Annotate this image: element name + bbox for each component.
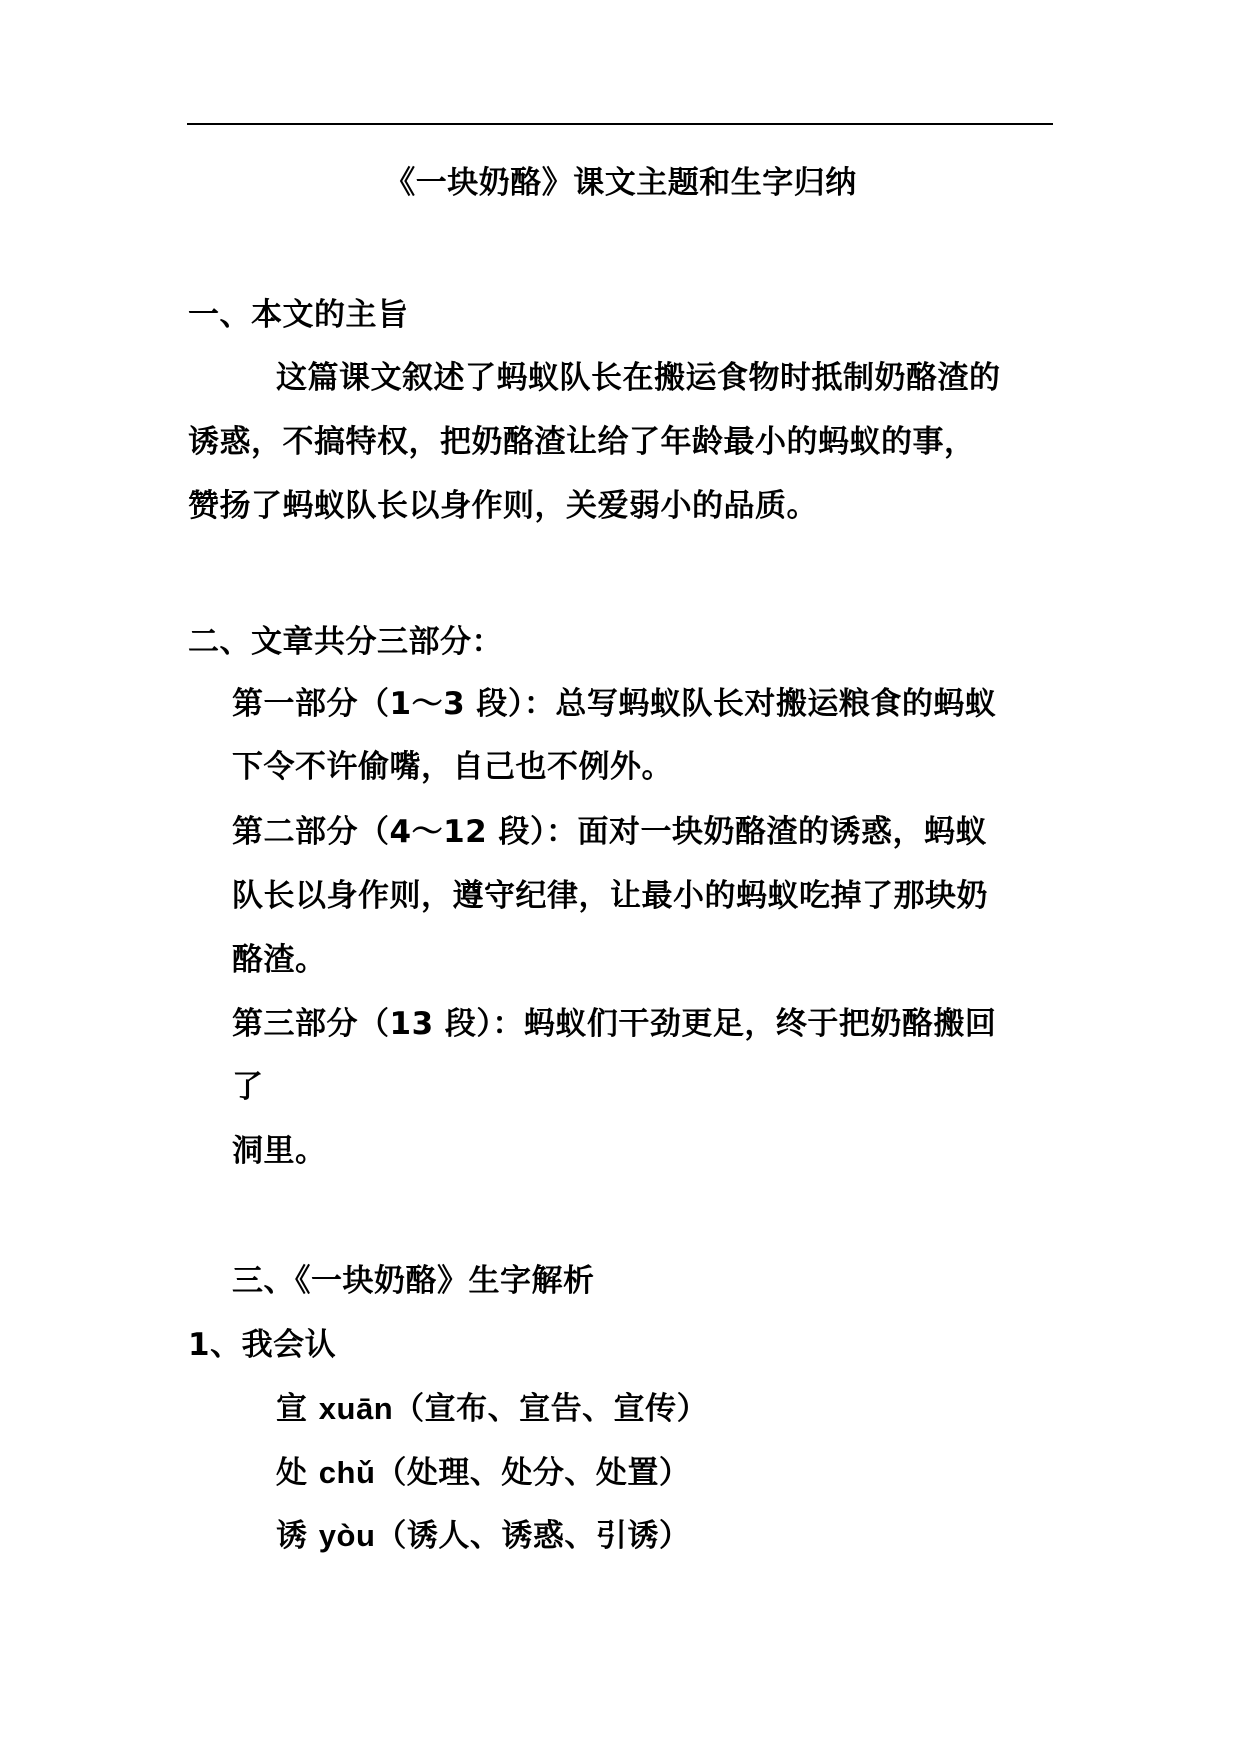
character-entry: 宣 xuān（宣布、宣告、宣传） [276, 1389, 708, 1429]
document-page: 《一块奶酪》课文主题和生字归纳 一、本文的主旨 这篇课文叙述了蚂蚁队长在搬运食物… [0, 0, 1241, 1754]
example-words: （宣布、宣告、宣传） [393, 1391, 708, 1427]
pinyin: chǔ [319, 1455, 376, 1490]
character-entry: 处 chǔ（处理、处分、处置） [276, 1453, 690, 1493]
header-rule [187, 123, 1053, 125]
part-2-line: 酪渣。 [232, 940, 327, 980]
pinyin: yòu [319, 1518, 376, 1553]
part-2-line: 第二部分（4～12 段）：面对一块奶酪渣的诱惑，蚂蚁 [232, 812, 987, 852]
section-heading-3: 三、《一块奶酪》生字解析 [232, 1261, 595, 1301]
character: 诱 [276, 1518, 308, 1554]
part-3-line: 第三部分（13 段）：蚂蚁们干劲更足，终于把奶酪搬回 [232, 1004, 996, 1044]
character: 处 [276, 1455, 308, 1491]
example-words: （处理、处分、处置） [375, 1455, 690, 1491]
character-entry: 诱 yòu（诱人、诱惑、引诱） [276, 1516, 690, 1556]
section-heading-2: 二、文章共分三部分： [188, 622, 503, 662]
section-heading-1: 一、本文的主旨 [188, 295, 409, 335]
part-1-line: 第一部分（1～3 段）：总写蚂蚁队长对搬运粮食的蚂蚁 [232, 684, 996, 724]
paragraph-line: 诱惑，不搞特权，把奶酪渣让给了年龄最小的蚂蚁的事， [188, 422, 976, 462]
character: 宣 [276, 1391, 308, 1427]
part-3-line: 洞里。 [232, 1131, 327, 1171]
paragraph-line: 赞扬了蚂蚁队长以身作则，关爱弱小的品质。 [188, 486, 818, 526]
paragraph-line: 这篇课文叙述了蚂蚁队长在搬运食物时抵制奶酪渣的 [276, 358, 1001, 398]
pinyin: xuān [319, 1391, 393, 1426]
part-2-line: 队长以身作则，遵守纪律，让最小的蚂蚁吃掉了那块奶 [232, 876, 988, 916]
part-3-line: 了 [232, 1067, 264, 1107]
subheading-recognize: 1、我会认 [188, 1325, 336, 1365]
example-words: （诱人、诱惑、引诱） [375, 1518, 690, 1554]
part-1-line: 下令不许偷嘴，自己也不例外。 [232, 747, 673, 787]
document-title: 《一块奶酪》课文主题和生字归纳 [0, 163, 1241, 203]
